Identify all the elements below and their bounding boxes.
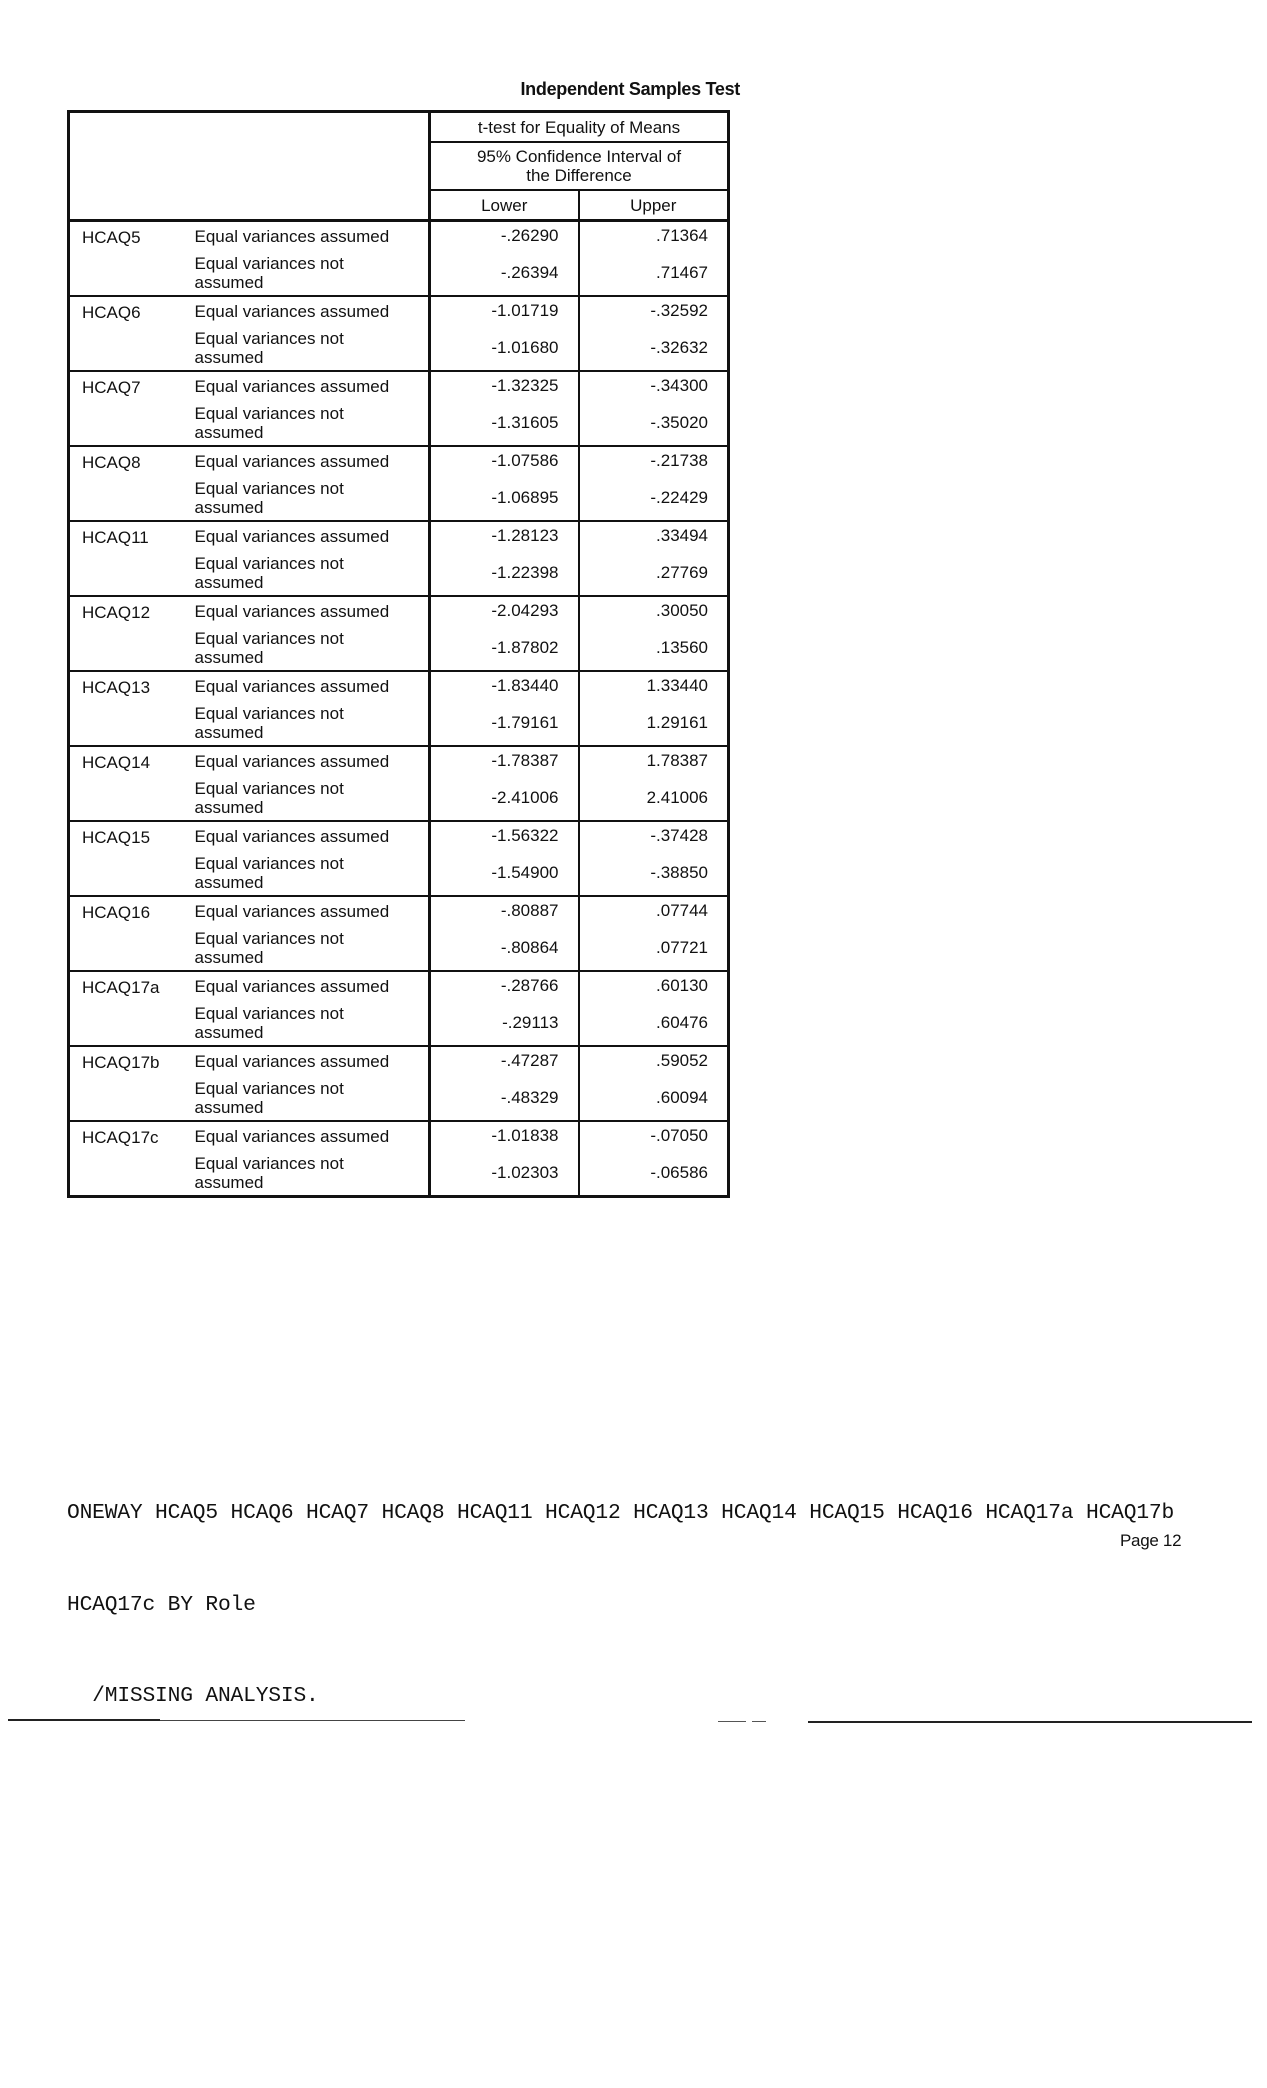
upper-value: .60476 bbox=[579, 1000, 729, 1046]
upper-value: -.34300 bbox=[579, 371, 729, 400]
lower-value: -1.32325 bbox=[430, 371, 579, 400]
table-row: HCAQ11Equal variances assumed-1.28123.33… bbox=[69, 521, 729, 550]
lower-value: -1.01719 bbox=[430, 296, 579, 325]
condition-label-text: Equal variances not assumed bbox=[195, 1154, 365, 1192]
variable-name: HCAQ15 bbox=[69, 821, 195, 896]
upper-value: .71467 bbox=[579, 250, 729, 296]
condition-label: Equal variances assumed bbox=[195, 971, 430, 1000]
condition-label: Equal variances not assumed bbox=[195, 1150, 430, 1197]
condition-label-text: Equal variances not assumed bbox=[195, 479, 365, 517]
syntax-line: /MISSING ANALYSIS. bbox=[67, 1681, 1174, 1712]
condition-label: Equal variances not assumed bbox=[195, 850, 430, 896]
independent-samples-test-table: t-test for Equality of Means 95% Confide… bbox=[67, 110, 730, 1198]
lower-value: -.26394 bbox=[430, 250, 579, 296]
condition-label-text: Equal variances not assumed bbox=[195, 629, 365, 667]
condition-label: Equal variances assumed bbox=[195, 1046, 430, 1075]
condition-label: Equal variances assumed bbox=[195, 896, 430, 925]
syntax-line: ONEWAY HCAQ5 HCAQ6 HCAQ7 HCAQ8 HCAQ11 HC… bbox=[67, 1498, 1174, 1529]
lower-value: -1.06895 bbox=[430, 475, 579, 521]
lower-value: -.47287 bbox=[430, 1046, 579, 1075]
lower-value: -1.02303 bbox=[430, 1150, 579, 1197]
table-row: HCAQ17aEqual variances assumed-.28766.60… bbox=[69, 971, 729, 1000]
variable-name: HCAQ12 bbox=[69, 596, 195, 671]
syntax-line: HCAQ17c BY Role bbox=[67, 1590, 1174, 1621]
variable-name: HCAQ7 bbox=[69, 371, 195, 446]
condition-label: Equal variances assumed bbox=[195, 746, 430, 775]
condition-label-text: Equal variances not assumed bbox=[195, 554, 365, 592]
upper-value: 1.78387 bbox=[579, 746, 729, 775]
variable-name: HCAQ17b bbox=[69, 1046, 195, 1121]
upper-value: .07721 bbox=[579, 925, 729, 971]
variable-name: HCAQ17c bbox=[69, 1121, 195, 1197]
lower-value: -1.28123 bbox=[430, 521, 579, 550]
upper-value: .07744 bbox=[579, 896, 729, 925]
table-row: HCAQ7Equal variances assumed-1.32325-.34… bbox=[69, 371, 729, 400]
lower-value: -1.79161 bbox=[430, 700, 579, 746]
condition-label: Equal variances not assumed bbox=[195, 550, 430, 596]
lower-value: -2.41006 bbox=[430, 775, 579, 821]
upper-value: -.37428 bbox=[579, 821, 729, 850]
condition-label-text: Equal variances not assumed bbox=[195, 254, 365, 292]
upper-value: -.38850 bbox=[579, 850, 729, 896]
table-row: HCAQ14Equal variances assumed-1.783871.7… bbox=[69, 746, 729, 775]
table-row: HCAQ12Equal variances assumed-2.04293.30… bbox=[69, 596, 729, 625]
condition-label: Equal variances assumed bbox=[195, 221, 430, 251]
upper-value: -.21738 bbox=[579, 446, 729, 475]
condition-label: Equal variances assumed bbox=[195, 296, 430, 325]
condition-label: Equal variances not assumed bbox=[195, 925, 430, 971]
condition-label-text: Equal variances not assumed bbox=[195, 1004, 365, 1042]
table-row: HCAQ8Equal variances assumed-1.07586-.21… bbox=[69, 446, 729, 475]
lower-value: -.80864 bbox=[430, 925, 579, 971]
condition-label-text: Equal variances not assumed bbox=[195, 929, 365, 967]
condition-label-text: Equal variances not assumed bbox=[195, 704, 365, 742]
condition-label: Equal variances not assumed bbox=[195, 775, 430, 821]
header-confidence-interval: 95% Confidence Interval of the Differenc… bbox=[430, 142, 729, 190]
header-lower: Lower bbox=[430, 190, 579, 221]
bottom-rule-right bbox=[808, 1721, 1252, 1723]
variable-name: HCAQ5 bbox=[69, 221, 195, 297]
header-ttest: t-test for Equality of Means bbox=[430, 112, 729, 143]
variable-name: HCAQ17a bbox=[69, 971, 195, 1046]
table-row: HCAQ13Equal variances assumed-1.834401.3… bbox=[69, 671, 729, 700]
variable-name: HCAQ6 bbox=[69, 296, 195, 371]
header-ci-label: 95% Confidence Interval of the Differenc… bbox=[469, 147, 689, 185]
lower-value: -1.87802 bbox=[430, 625, 579, 671]
lower-value: -1.83440 bbox=[430, 671, 579, 700]
condition-label: Equal variances assumed bbox=[195, 596, 430, 625]
variable-name: HCAQ13 bbox=[69, 671, 195, 746]
table-row: HCAQ16Equal variances assumed-.80887.077… bbox=[69, 896, 729, 925]
condition-label: Equal variances not assumed bbox=[195, 1075, 430, 1121]
upper-value: -.22429 bbox=[579, 475, 729, 521]
condition-label: Equal variances not assumed bbox=[195, 400, 430, 446]
header-blank-cell bbox=[69, 112, 430, 221]
upper-value: .30050 bbox=[579, 596, 729, 625]
lower-value: -2.04293 bbox=[430, 596, 579, 625]
lower-value: -.48329 bbox=[430, 1075, 579, 1121]
table-row: HCAQ5Equal variances assumed-.26290.7136… bbox=[69, 221, 729, 251]
lower-value: -.80887 bbox=[430, 896, 579, 925]
lower-value: -.28766 bbox=[430, 971, 579, 1000]
bottom-rule-left bbox=[8, 1719, 160, 1721]
condition-label-text: Equal variances not assumed bbox=[195, 404, 365, 442]
condition-label-text: Equal variances not assumed bbox=[195, 329, 365, 367]
upper-value: .59052 bbox=[579, 1046, 729, 1075]
lower-value: -1.01838 bbox=[430, 1121, 579, 1150]
upper-value: -.35020 bbox=[579, 400, 729, 446]
table-body: HCAQ5Equal variances assumed-.26290.7136… bbox=[69, 221, 729, 1197]
upper-value: 2.41006 bbox=[579, 775, 729, 821]
condition-label: Equal variances not assumed bbox=[195, 625, 430, 671]
upper-value: .60130 bbox=[579, 971, 729, 1000]
bottom-rule-dash bbox=[718, 1721, 746, 1722]
condition-label: Equal variances assumed bbox=[195, 371, 430, 400]
lower-value: -1.31605 bbox=[430, 400, 579, 446]
condition-label: Equal variances not assumed bbox=[195, 475, 430, 521]
variable-name: HCAQ8 bbox=[69, 446, 195, 521]
upper-value: .27769 bbox=[579, 550, 729, 596]
table-row: HCAQ15Equal variances assumed-1.56322-.3… bbox=[69, 821, 729, 850]
condition-label: Equal variances not assumed bbox=[195, 250, 430, 296]
table-row: HCAQ17cEqual variances assumed-1.01838-.… bbox=[69, 1121, 729, 1150]
lower-value: -1.22398 bbox=[430, 550, 579, 596]
upper-value: -.07050 bbox=[579, 1121, 729, 1150]
condition-label: Equal variances assumed bbox=[195, 821, 430, 850]
upper-value: 1.29161 bbox=[579, 700, 729, 746]
condition-label-text: Equal variances not assumed bbox=[195, 779, 365, 817]
upper-value: .13560 bbox=[579, 625, 729, 671]
upper-value: -.32632 bbox=[579, 325, 729, 371]
lower-value: -1.01680 bbox=[430, 325, 579, 371]
upper-value: -.06586 bbox=[579, 1150, 729, 1197]
upper-value: 1.33440 bbox=[579, 671, 729, 700]
variable-name: HCAQ11 bbox=[69, 521, 195, 596]
lower-value: -1.56322 bbox=[430, 821, 579, 850]
variable-name: HCAQ16 bbox=[69, 896, 195, 971]
condition-label: Equal variances not assumed bbox=[195, 325, 430, 371]
table-title: Independent Samples Test bbox=[500, 79, 740, 100]
lower-value: -1.78387 bbox=[430, 746, 579, 775]
bottom-rule-left-thin bbox=[160, 1720, 465, 1721]
page-number: Page 12 bbox=[1120, 1531, 1181, 1551]
upper-value: .33494 bbox=[579, 521, 729, 550]
header-upper: Upper bbox=[579, 190, 729, 221]
upper-value: .71364 bbox=[579, 221, 729, 251]
table-row: HCAQ17bEqual variances assumed-.47287.59… bbox=[69, 1046, 729, 1075]
condition-label-text: Equal variances not assumed bbox=[195, 1079, 365, 1117]
upper-value: .60094 bbox=[579, 1075, 729, 1121]
lower-value: -.26290 bbox=[430, 221, 579, 251]
condition-label: Equal variances not assumed bbox=[195, 700, 430, 746]
variable-name: HCAQ14 bbox=[69, 746, 195, 821]
lower-value: -1.54900 bbox=[430, 850, 579, 896]
condition-label: Equal variances assumed bbox=[195, 446, 430, 475]
upper-value: -.32592 bbox=[579, 296, 729, 325]
bottom-rule-dash bbox=[752, 1721, 766, 1722]
lower-value: -1.07586 bbox=[430, 446, 579, 475]
lower-value: -.29113 bbox=[430, 1000, 579, 1046]
table-row: HCAQ6Equal variances assumed-1.01719-.32… bbox=[69, 296, 729, 325]
condition-label: Equal variances assumed bbox=[195, 1121, 430, 1150]
spss-syntax-block: ONEWAY HCAQ5 HCAQ6 HCAQ7 HCAQ8 HCAQ11 HC… bbox=[67, 1437, 1174, 1742]
condition-label: Equal variances not assumed bbox=[195, 1000, 430, 1046]
condition-label: Equal variances assumed bbox=[195, 671, 430, 700]
condition-label-text: Equal variances not assumed bbox=[195, 854, 365, 892]
condition-label: Equal variances assumed bbox=[195, 521, 430, 550]
